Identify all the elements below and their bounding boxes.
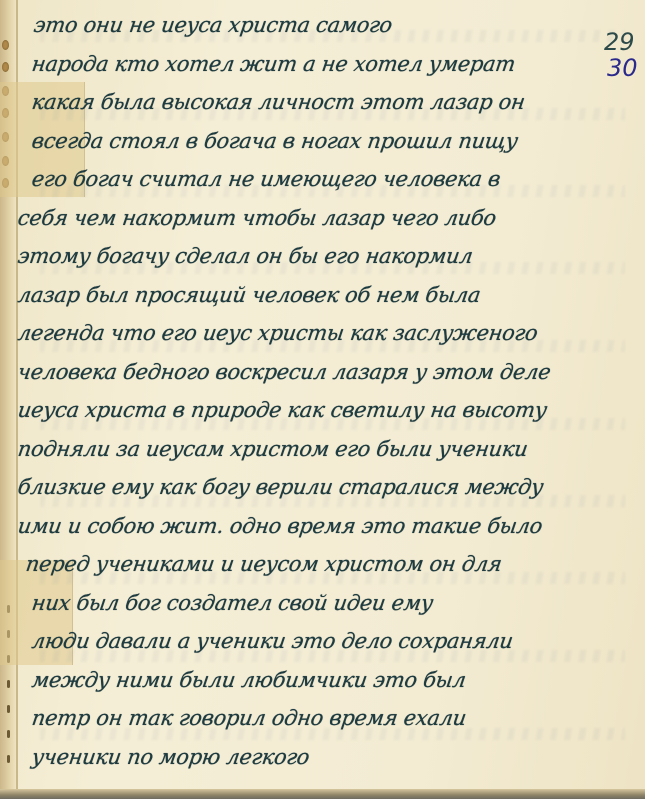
text-line: ученики по морю легкого: [15, 738, 605, 777]
text-line: люди давали а ученики это дело сохраняли: [15, 622, 605, 661]
text-line: легенда что его иеус христы как заслужен…: [15, 314, 605, 353]
text-line: человека бедного воскресил лазаря у этом…: [15, 353, 605, 392]
binding-stitch: [7, 730, 10, 738]
text-line: них был бог создател свой идеи ему: [15, 584, 605, 623]
page-number-old: 29: [604, 30, 635, 54]
text-line: между ними были любимчики это был: [15, 661, 605, 700]
binding-stitch: [7, 705, 10, 713]
text-line: его богач считал не имеющего человека в: [15, 160, 605, 199]
binding-hole: [2, 62, 9, 72]
text-line: лазар был просящий человек об нем была: [15, 276, 605, 315]
notebook-page: 29 30 это они не иеуса христа самого нар…: [0, 0, 645, 791]
text-line: какая была высокая личност этот лазар он: [15, 83, 605, 122]
binding-stitch: [7, 680, 10, 688]
text-line: петр он так говорил одно время ехали: [15, 699, 605, 738]
text-line: всегда стоял в богача в ногах прошил пищ…: [15, 122, 605, 161]
text-line: себя чем накормит чтобы лазар чего либо: [15, 199, 605, 238]
text-line: этому богачу сделал он бы его накормил: [15, 237, 605, 276]
binding-hole: [2, 40, 9, 50]
page-bottom-edge: [0, 789, 645, 799]
binding-stitch: [7, 755, 10, 763]
text-line: перед учениками и иеусом христом он для: [15, 545, 605, 584]
text-line: иеуса христа в природе как светилу на вы…: [15, 391, 605, 430]
handwritten-text: это они не иеуса христа самого народа кт…: [18, 6, 603, 776]
text-line: народа кто хотел жит а не хотел умерат: [15, 45, 605, 84]
text-line: это они не иеуса христа самого: [15, 6, 605, 45]
page-number-current: 30: [607, 56, 638, 80]
text-line: близкие ему как богу верили старалися ме…: [15, 468, 605, 507]
text-line: ими и собою жит. одно время это такие бы…: [15, 507, 605, 546]
text-line: подняли за иеусам христом его были учени…: [15, 430, 605, 469]
